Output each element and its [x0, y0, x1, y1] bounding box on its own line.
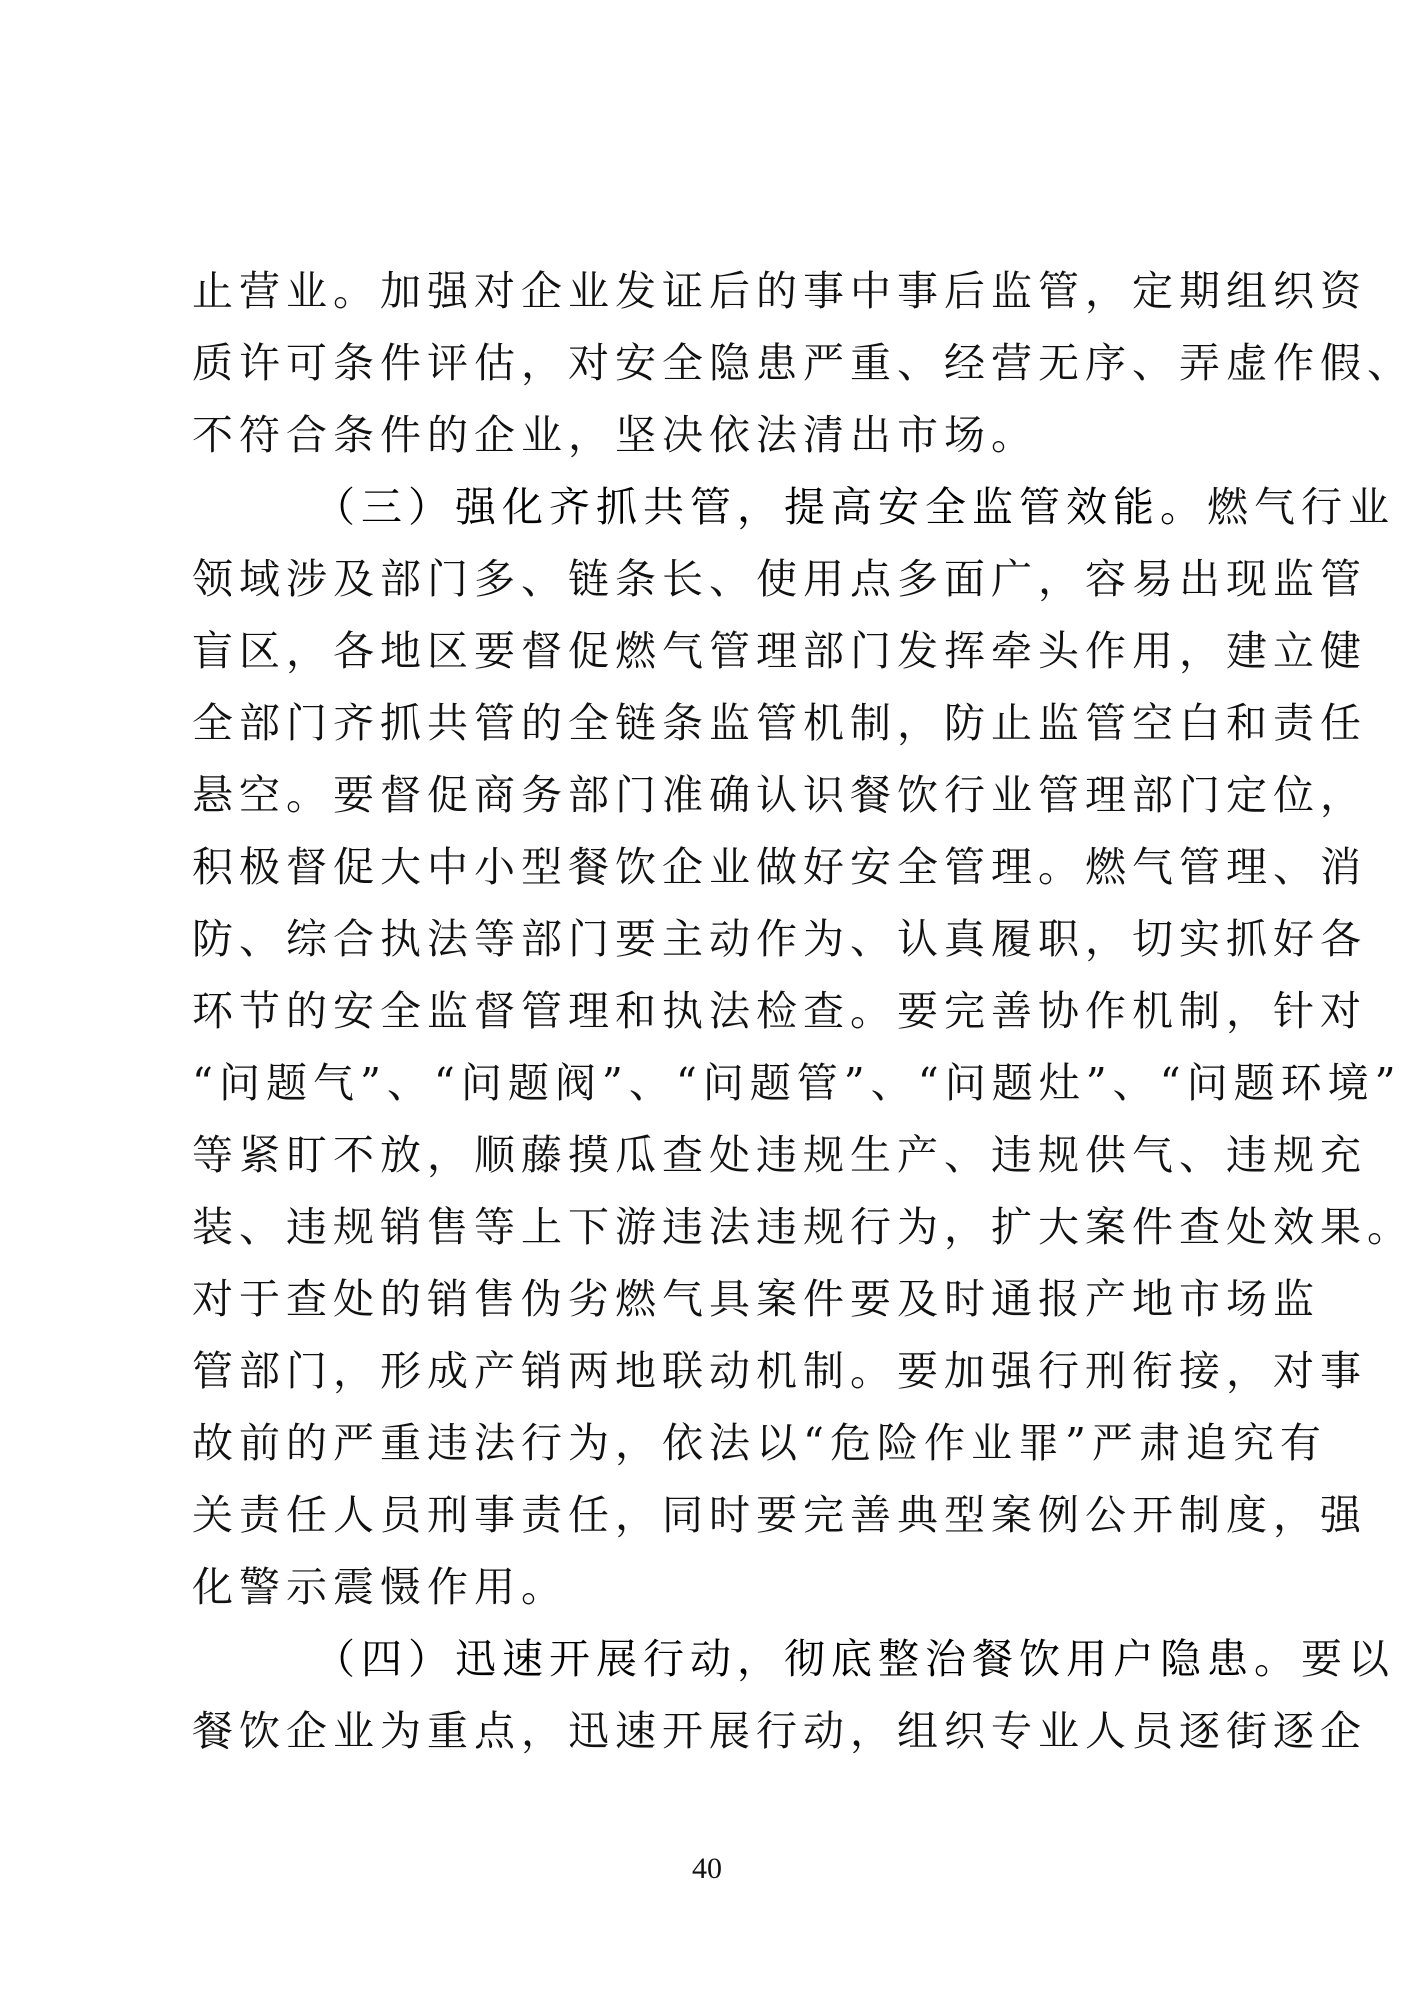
text-line: 不符合条件的企业，坚决依法清出市场。	[192, 399, 1240, 471]
text-line: 餐饮企业为重点，迅速开展行动，组织专业人员逐街逐企	[192, 1695, 1240, 1767]
text-line: 对于查处的销售伪劣燃气具案件要及时通报产地市场监	[192, 1263, 1240, 1335]
text-line: 故前的严重违法行为，依法以“危险作业罪”严肃追究有	[192, 1407, 1240, 1479]
text-line-tail: 燃气行业	[1207, 483, 1395, 531]
section-heading-3: （三）强化齐抓共管，提高安全监管效能。	[314, 483, 1207, 531]
body-text: 止营业。加强对企业发证后的事中事后监管，定期组织资 质许可条件评估，对安全隐患严…	[192, 255, 1240, 1767]
text-line: 悬空。要督促商务部门准确认识餐饮行业管理部门定位，	[192, 759, 1240, 831]
text-line: 环节的安全监督管理和执法检查。要完善协作机制，针对	[192, 975, 1240, 1047]
text-line: 盲区，各地区要督促燃气管理部门发挥牵头作用，建立健	[192, 615, 1240, 687]
text-line: 积极督促大中小型餐饮企业做好安全管理。燃气管理、消	[192, 831, 1240, 903]
text-line: 领域涉及部门多、链条长、使用点多面广，容易出现监管	[192, 543, 1240, 615]
text-line: “问题气”、“问题阀”、“问题管”、“问题灶”、“问题环境”	[192, 1047, 1240, 1119]
section-heading-4: （四）迅速开展行动，彻底整治餐饮用户隐患。	[314, 1635, 1301, 1683]
text-line: 防、综合执法等部门要主动作为、认真履职，切实抓好各	[192, 903, 1240, 975]
text-line: 质许可条件评估，对安全隐患严重、经营无序、弄虚作假、	[192, 327, 1240, 399]
text-line: 管部门，形成产销两地联动机制。要加强行刑衔接，对事	[192, 1335, 1240, 1407]
section-heading-line: （三）强化齐抓共管，提高安全监管效能。燃气行业	[192, 471, 1240, 543]
text-line: 关责任人员刑事责任，同时要完善典型案例公开制度，强	[192, 1479, 1240, 1551]
page-number: 40	[0, 1852, 1414, 1886]
text-line: 装、违规销售等上下游违法违规行为，扩大案件查处效果。	[192, 1191, 1240, 1263]
text-line: 等紧盯不放，顺藤摸瓜查处违规生产、违规供气、违规充	[192, 1119, 1240, 1191]
text-line: 全部门齐抓共管的全链条监管机制，防止监管空白和责任	[192, 687, 1240, 759]
section-heading-line: （四）迅速开展行动，彻底整治餐饮用户隐患。要以	[192, 1623, 1240, 1695]
text-line-tail: 要以	[1301, 1635, 1395, 1683]
text-line: 化警示震慑作用。	[192, 1551, 1240, 1623]
text-line: 止营业。加强对企业发证后的事中事后监管，定期组织资	[192, 255, 1240, 327]
document-page: 止营业。加强对企业发证后的事中事后监管，定期组织资 质许可条件评估，对安全隐患严…	[0, 0, 1414, 2000]
